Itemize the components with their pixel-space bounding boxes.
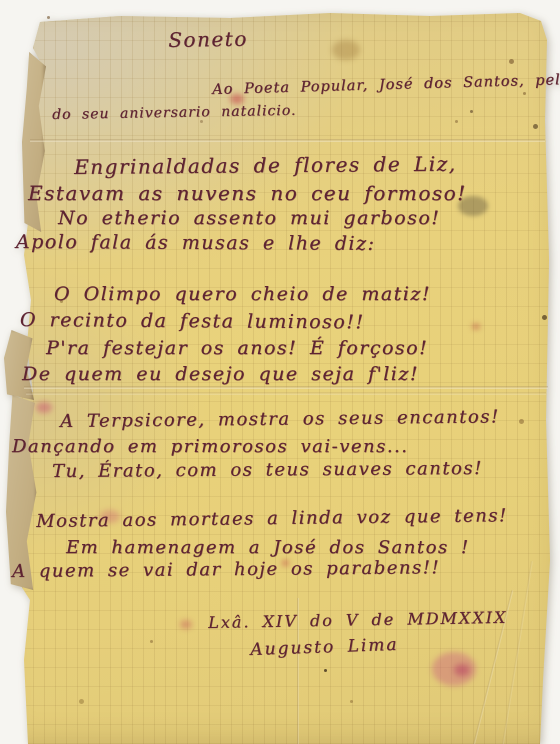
- verse-line: Apolo fala ás musas e lhe diz:: [16, 231, 376, 255]
- poem-title: Soneto: [168, 27, 248, 52]
- verse-line: Estavam as nuvens no ceu formoso!: [28, 181, 467, 205]
- stain: [180, 620, 192, 629]
- stain: [454, 664, 470, 676]
- verse-line: No etherio assento mui garboso!: [58, 207, 440, 229]
- verse-line: De quem eu desejo que seja f'liz!: [22, 363, 419, 385]
- verse-line: O recinto da festa luminoso!!: [20, 309, 365, 333]
- stain: [332, 40, 360, 60]
- verse-line: Em hamenagem a José dos Santos !: [66, 537, 470, 558]
- verse-line: Engrinaldadas de flores de Liz,: [74, 152, 457, 179]
- verse-line: P'ra festejar os anos! É forçoso!: [46, 337, 428, 359]
- verse-line: Tu, Érato, com os teus suaves cantos!: [52, 458, 483, 482]
- verse-line: Dançando em primorosos vai-vens...: [12, 436, 409, 457]
- manuscript-scan: Soneto Ao Poeta Popular, José dos Santos…: [0, 0, 560, 744]
- stain: [36, 402, 52, 413]
- foxing-dots: [47, 16, 50, 19]
- verse-line: O Olimpo quero cheio de matiz!: [54, 283, 431, 305]
- manuscript-paper: Soneto Ao Poeta Popular, José dos Santos…: [0, 0, 560, 744]
- verse-line: A quem se vai dar hoje os parabens!!: [12, 557, 440, 582]
- stain: [472, 324, 480, 329]
